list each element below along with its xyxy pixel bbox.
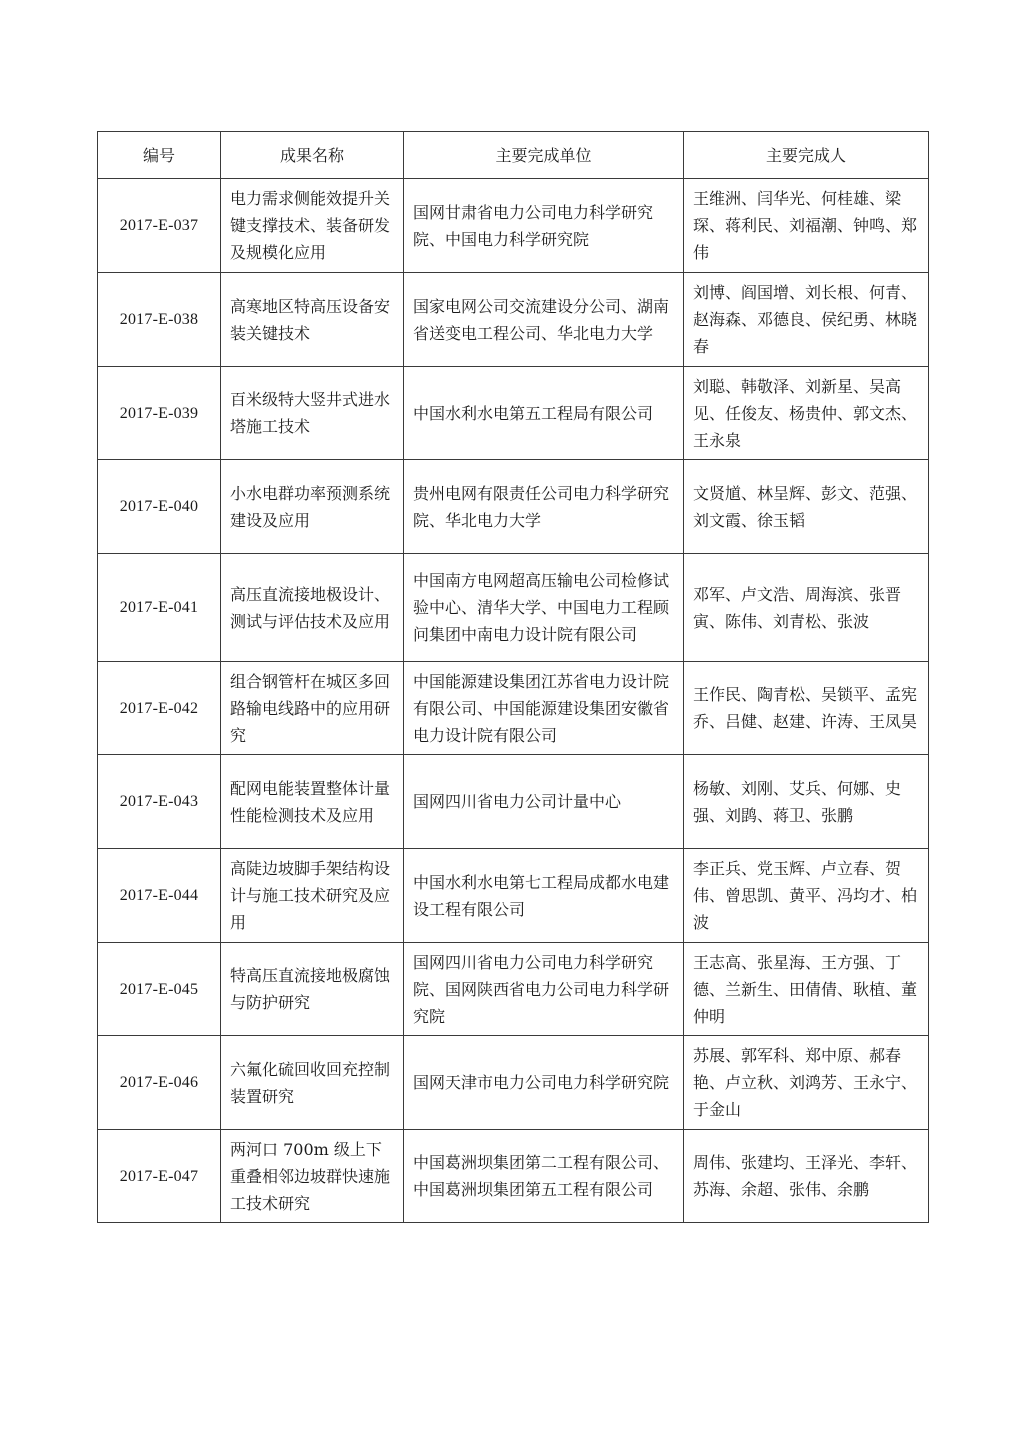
cell-people: 刘聪、韩敬泽、刘新星、吴高见、任俊友、杨贵仲、郭文杰、王永泉	[684, 367, 929, 460]
cell-id: 2017-E-041	[98, 554, 221, 662]
table-row: 2017-E-040 小水电群功率预测系统建设及应用 贵州电网有限责任公司电力科…	[98, 460, 929, 554]
cell-id: 2017-E-043	[98, 755, 221, 849]
cell-id: 2017-E-038	[98, 273, 221, 367]
cell-unit: 中国南方电网超高压输电公司检修试验中心、清华大学、中国电力工程顾问集团中南电力设…	[404, 554, 684, 662]
cell-people: 王志高、张星海、王方强、丁德、兰新生、田倩倩、耿植、董仲明	[684, 943, 929, 1036]
cell-unit: 中国水利水电第五工程局有限公司	[404, 367, 684, 460]
table-row: 2017-E-038 高寒地区特高压设备安装关键技术 国家电网公司交流建设分公司…	[98, 273, 929, 367]
header-unit: 主要完成单位	[404, 132, 684, 179]
cell-people: 邓军、卢文浩、周海滨、张晋寅、陈伟、刘青松、张波	[684, 554, 929, 662]
cell-unit: 国网四川省电力公司计量中心	[404, 755, 684, 849]
cell-people: 苏展、郭军科、郑中原、郝春艳、卢立秋、刘鸿芳、王永宁、于金山	[684, 1036, 929, 1130]
cell-name: 组合钢管杆在城区多回路输电线路中的应用研究	[221, 662, 404, 755]
cell-people: 李正兵、党玉辉、卢立春、贺伟、曾思凯、黄平、冯均才、柏波	[684, 849, 929, 943]
table-row: 2017-E-037 电力需求侧能效提升关键支撑技术、装备研发及规模化应用 国网…	[98, 179, 929, 273]
cell-people: 王作民、陶青松、吴锁平、孟宪乔、吕健、赵建、许涛、王凤昊	[684, 662, 929, 755]
document-page: 编号 成果名称 主要完成单位 主要完成人 2017-E-037 电力需求侧能效提…	[0, 0, 1024, 1448]
awards-table: 编号 成果名称 主要完成单位 主要完成人 2017-E-037 电力需求侧能效提…	[97, 131, 929, 1223]
header-name: 成果名称	[221, 132, 404, 179]
cell-id: 2017-E-045	[98, 943, 221, 1036]
table-row: 2017-E-042 组合钢管杆在城区多回路输电线路中的应用研究 中国能源建设集…	[98, 662, 929, 755]
cell-name: 特高压直流接地极腐蚀与防护研究	[221, 943, 404, 1036]
table-row: 2017-E-044 高陡边坡脚手架结构设计与施工技术研究及应用 中国水利水电第…	[98, 849, 929, 943]
cell-name: 百米级特大竖井式进水塔施工技术	[221, 367, 404, 460]
cell-id: 2017-E-039	[98, 367, 221, 460]
table-row: 2017-E-045 特高压直流接地极腐蚀与防护研究 国网四川省电力公司电力科学…	[98, 943, 929, 1036]
cell-unit: 国网天津市电力公司电力科学研究院	[404, 1036, 684, 1130]
table-header-row: 编号 成果名称 主要完成单位 主要完成人	[98, 132, 929, 179]
cell-unit: 国家电网公司交流建设分公司、湖南省送变电工程公司、华北电力大学	[404, 273, 684, 367]
header-id: 编号	[98, 132, 221, 179]
cell-id: 2017-E-046	[98, 1036, 221, 1130]
cell-people: 周伟、张建均、王泽光、李轩、苏海、余超、张伟、余鹏	[684, 1130, 929, 1223]
cell-name: 六氟化硫回收回充控制装置研究	[221, 1036, 404, 1130]
cell-name: 配网电能装置整体计量性能检测技术及应用	[221, 755, 404, 849]
cell-unit: 中国葛洲坝集团第二工程有限公司、中国葛洲坝集团第五工程有限公司	[404, 1130, 684, 1223]
cell-unit: 中国水利水电第七工程局成都水电建设工程有限公司	[404, 849, 684, 943]
cell-name: 高压直流接地极设计、测试与评估技术及应用	[221, 554, 404, 662]
cell-people: 刘博、阎国增、刘长根、何青、赵海森、邓德良、侯纪勇、林晓春	[684, 273, 929, 367]
cell-unit: 国网甘肃省电力公司电力科学研究院、中国电力科学研究院	[404, 179, 684, 273]
table-row: 2017-E-047 两河口 700m 级上下重叠相邻边坡群快速施工技术研究 中…	[98, 1130, 929, 1223]
table-row: 2017-E-039 百米级特大竖井式进水塔施工技术 中国水利水电第五工程局有限…	[98, 367, 929, 460]
cell-people: 王维洲、闫华光、何桂雄、梁琛、蒋利民、刘福潮、钟鸣、郑伟	[684, 179, 929, 273]
table-row: 2017-E-041 高压直流接地极设计、测试与评估技术及应用 中国南方电网超高…	[98, 554, 929, 662]
cell-id: 2017-E-040	[98, 460, 221, 554]
cell-id: 2017-E-047	[98, 1130, 221, 1223]
cell-name: 电力需求侧能效提升关键支撑技术、装备研发及规模化应用	[221, 179, 404, 273]
cell-unit: 中国能源建设集团江苏省电力设计院有限公司、中国能源建设集团安徽省电力设计院有限公…	[404, 662, 684, 755]
header-people: 主要完成人	[684, 132, 929, 179]
cell-name: 两河口 700m 级上下重叠相邻边坡群快速施工技术研究	[221, 1130, 404, 1223]
cell-name: 高陡边坡脚手架结构设计与施工技术研究及应用	[221, 849, 404, 943]
cell-unit: 国网四川省电力公司电力科学研究院、国网陕西省电力公司电力科学研究院	[404, 943, 684, 1036]
cell-unit: 贵州电网有限责任公司电力科学研究院、华北电力大学	[404, 460, 684, 554]
cell-id: 2017-E-037	[98, 179, 221, 273]
cell-name: 高寒地区特高压设备安装关键技术	[221, 273, 404, 367]
cell-name: 小水电群功率预测系统建设及应用	[221, 460, 404, 554]
cell-id: 2017-E-044	[98, 849, 221, 943]
cell-id: 2017-E-042	[98, 662, 221, 755]
cell-people: 文贤馗、林呈辉、彭文、范强、刘文霞、徐玉韬	[684, 460, 929, 554]
cell-people: 杨敏、刘刚、艾兵、何娜、史强、刘鹍、蒋卫、张鹏	[684, 755, 929, 849]
table-row: 2017-E-043 配网电能装置整体计量性能检测技术及应用 国网四川省电力公司…	[98, 755, 929, 849]
table-row: 2017-E-046 六氟化硫回收回充控制装置研究 国网天津市电力公司电力科学研…	[98, 1036, 929, 1130]
